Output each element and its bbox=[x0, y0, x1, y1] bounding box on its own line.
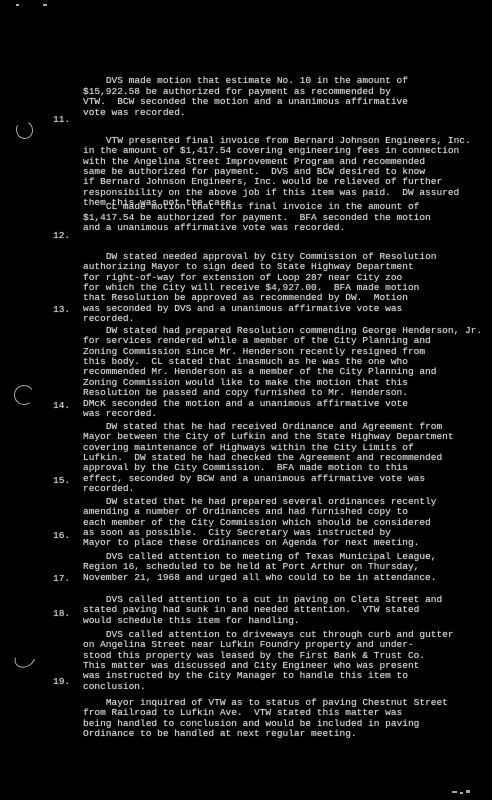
scan-speck bbox=[43, 4, 47, 6]
scanned-minutes-page: DVS made motion that estimate No. 10 in … bbox=[0, 0, 492, 800]
scan-speck bbox=[452, 791, 457, 793]
handwritten-circle-mark bbox=[14, 119, 35, 141]
item-number: 13. bbox=[53, 305, 81, 315]
scan-speck bbox=[466, 790, 470, 793]
item-number: 17. bbox=[53, 574, 81, 584]
item-number: 18. bbox=[53, 609, 81, 619]
paragraph-text: CL made motion that this final invoice i… bbox=[83, 201, 431, 233]
item-number: 16. bbox=[53, 531, 81, 541]
item-text: Mayor inquired of VTW as to status of pa… bbox=[83, 697, 448, 739]
handwritten-circle-mark bbox=[11, 646, 39, 672]
scan-speck bbox=[460, 792, 463, 794]
handwritten-circle-mark bbox=[12, 383, 35, 406]
item-number: 19. bbox=[53, 677, 81, 687]
scan-speck bbox=[16, 4, 19, 6]
item-number: 11. bbox=[53, 115, 81, 125]
item-number: 15. bbox=[53, 476, 81, 486]
item-number: 12. bbox=[53, 231, 81, 241]
minutes-item-19: 19. Mayor inquired of VTW as to status o… bbox=[83, 677, 483, 750]
item-number: 14. bbox=[53, 401, 81, 411]
paragraph-text: DVS made motion that estimate No. 10 in … bbox=[83, 75, 408, 117]
